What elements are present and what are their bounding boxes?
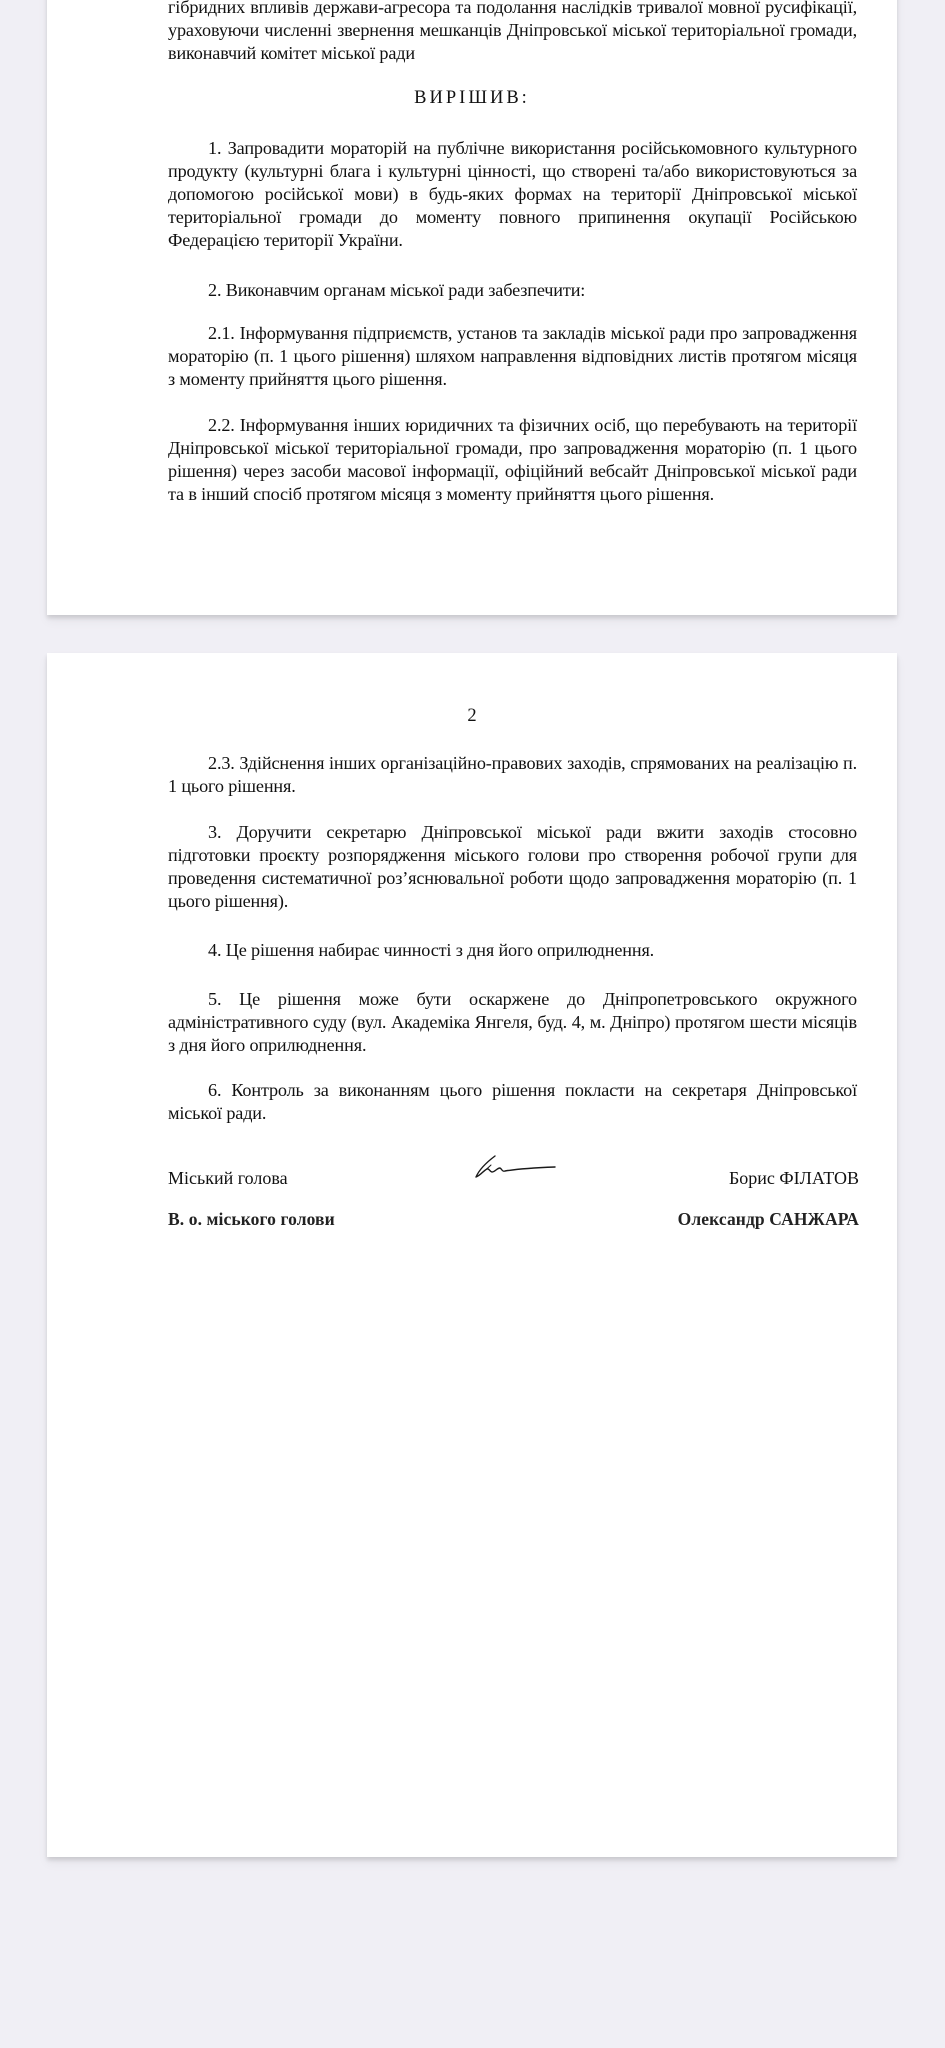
- signature-row-acting-mayor: В. о. міського голови Олександр САНЖАРА: [168, 1206, 859, 1232]
- document-page-1: гібридних впливів держави-агресора та по…: [47, 0, 897, 615]
- signatory-position: Міський голова: [168, 1165, 288, 1191]
- item-2-2: 2.2. Інформування інших юридичних та фіз…: [168, 414, 857, 506]
- document-page-2: 2 2.3. Здійснення інших організаційно-пр…: [47, 653, 897, 1857]
- resolution-heading: ВИРІШИВ:: [47, 87, 897, 110]
- handwritten-signature-icon: [473, 1153, 557, 1181]
- page-number: 2: [47, 705, 897, 728]
- intro-paragraph-tail: гібридних впливів держави-агресора та по…: [168, 0, 857, 65]
- signatory-name: Олександр САНЖАРА: [678, 1206, 859, 1232]
- item-3: 3. Доручити секретарю Дніпровської міськ…: [168, 821, 857, 913]
- signatory-position: В. о. міського голови: [168, 1206, 335, 1232]
- item-2-3: 2.3. Здійснення інших організаційно-прав…: [168, 752, 857, 798]
- item-6: 6. Контроль за виконанням цього рішення …: [168, 1079, 857, 1125]
- item-2-1: 2.1. Інформування підприємств, установ т…: [168, 322, 857, 391]
- signatory-name: Борис ФІЛАТОВ: [729, 1165, 859, 1191]
- item-1: 1. Запровадити мораторій на публічне вик…: [168, 137, 857, 252]
- item-2: 2. Виконавчим органам міської ради забез…: [168, 279, 857, 302]
- item-5: 5. Це рішення може бути оскаржене до Дні…: [168, 988, 857, 1057]
- item-4: 4. Це рішення набирає чинності з дня йог…: [168, 939, 857, 962]
